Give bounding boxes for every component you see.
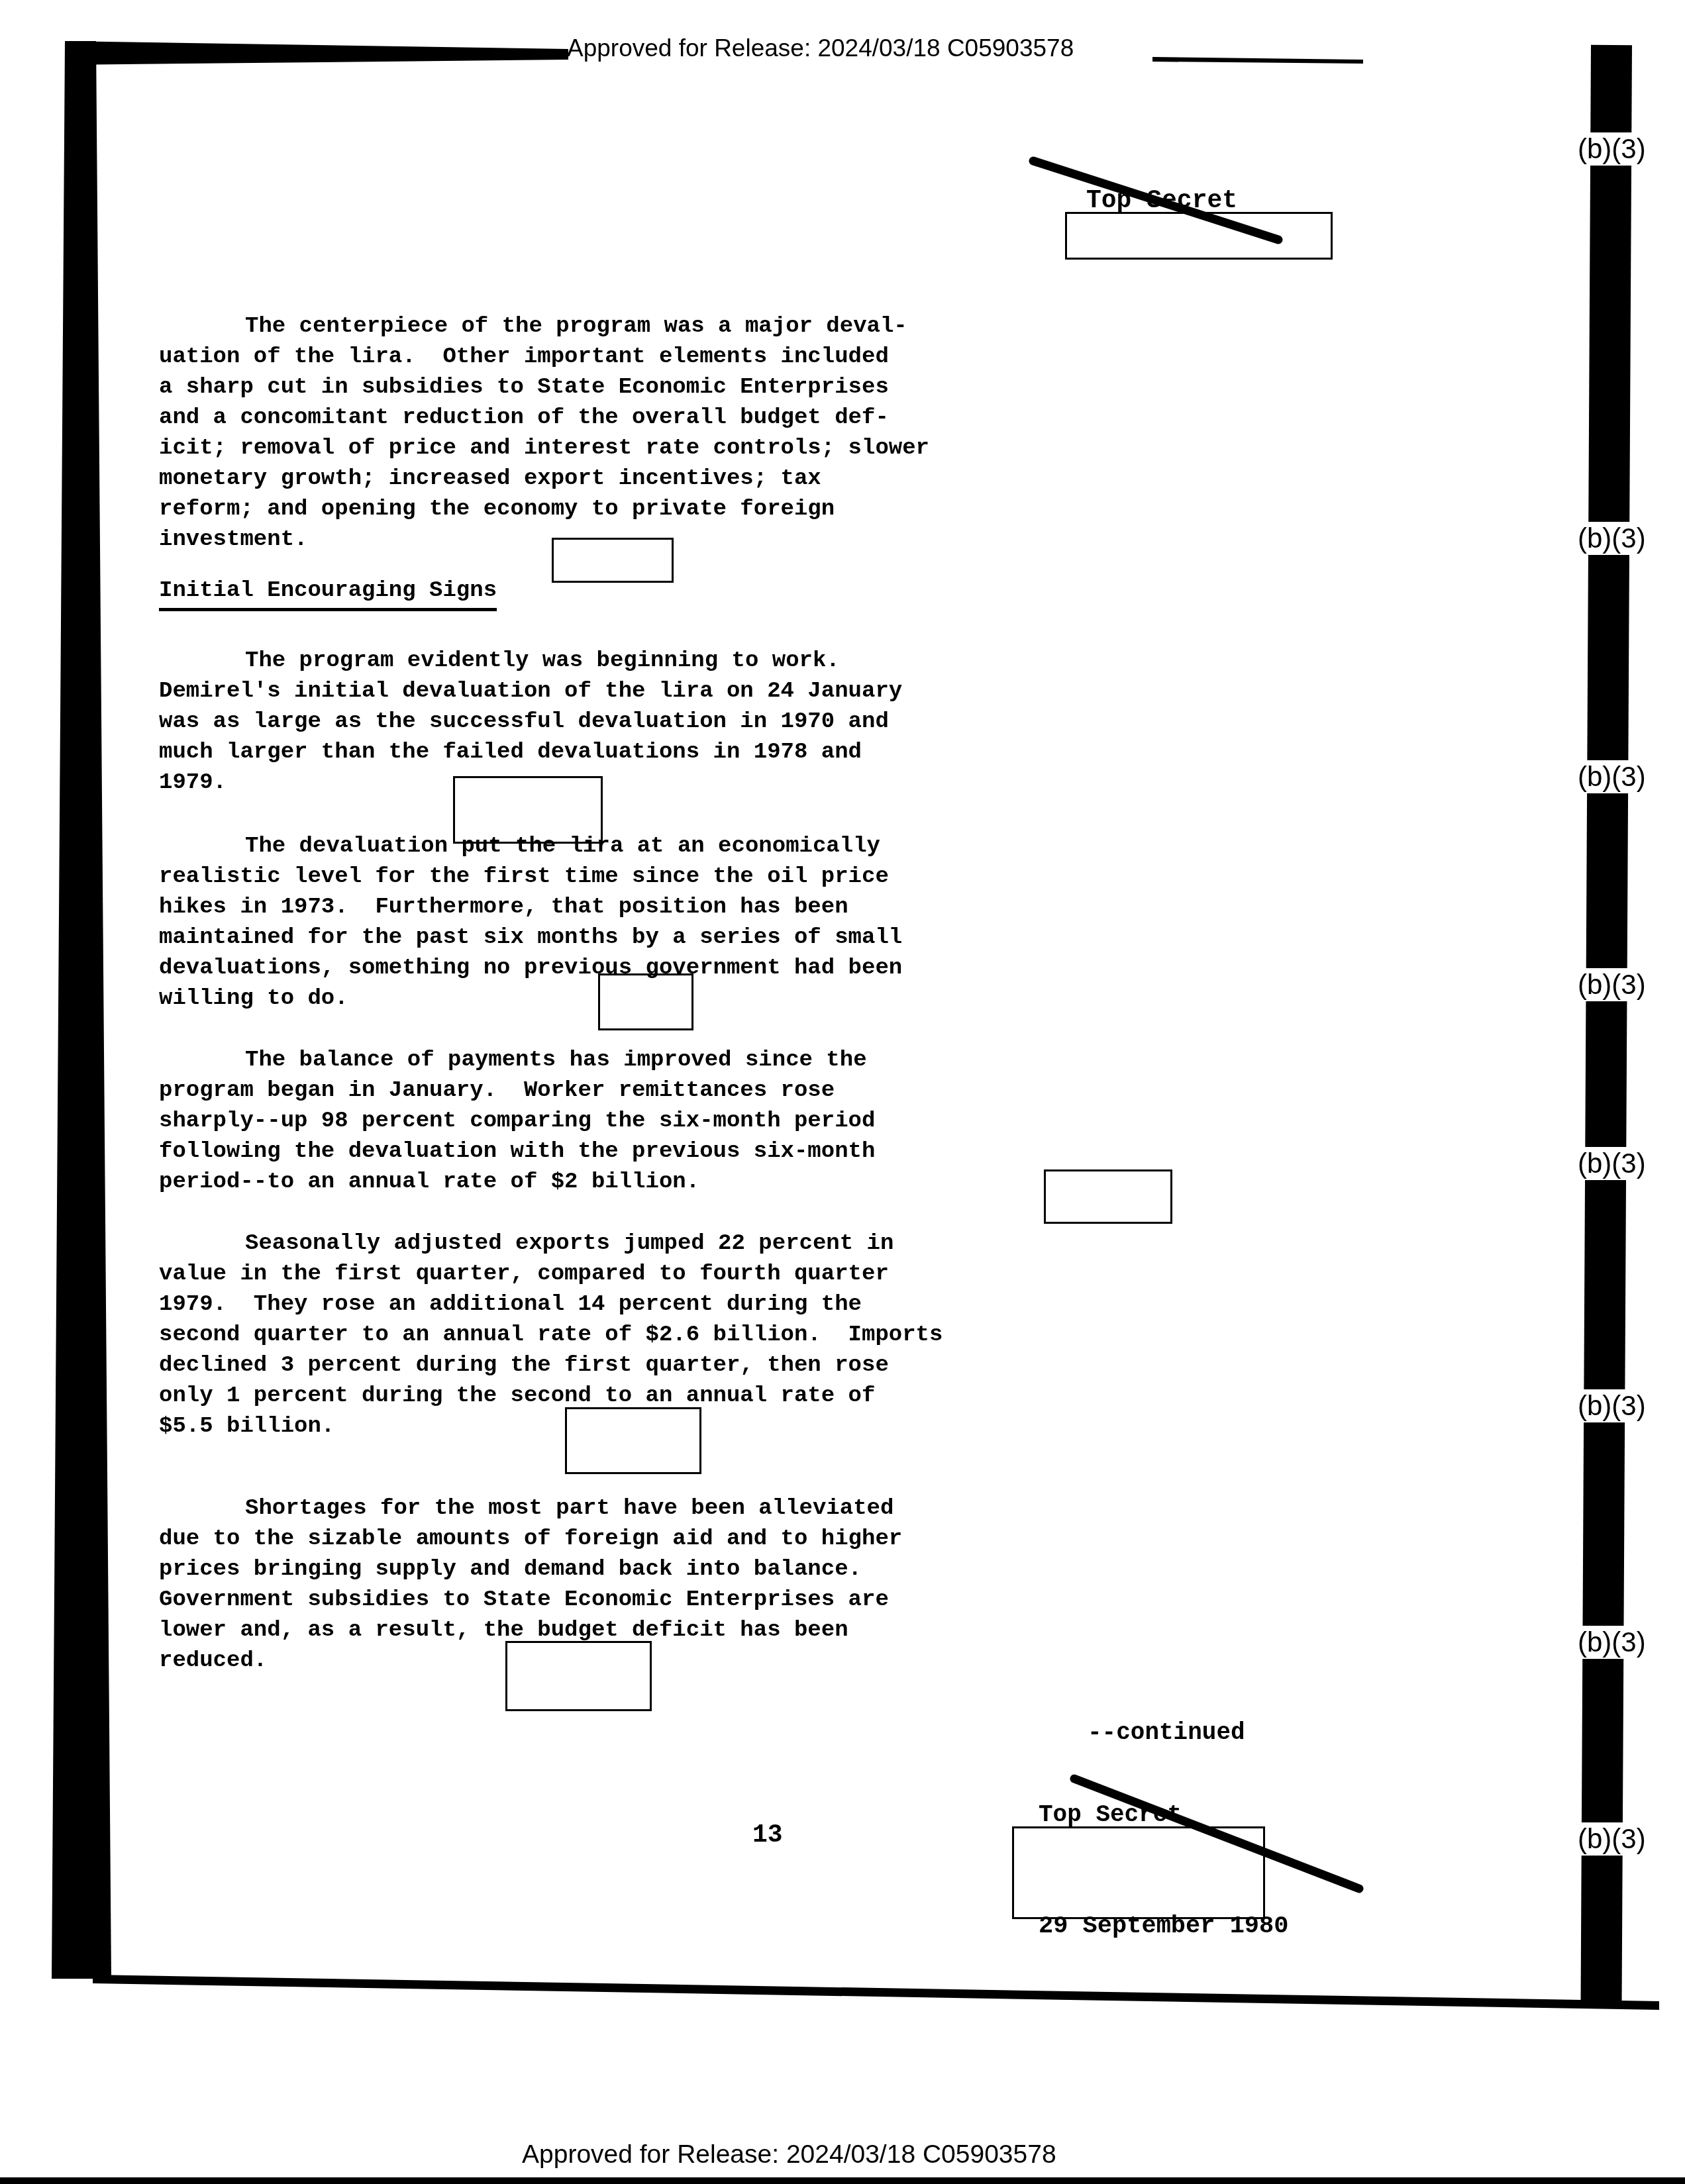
classification-top-secret-bottom: Top Secret (1039, 1801, 1182, 1828)
exemption-code-label: (b)(3) (1578, 132, 1681, 166)
release-stamp-bottom: Approved for Release: 2024/03/18 C059035… (522, 2140, 1056, 2169)
section-heading: Initial Encouraging Signs (159, 577, 497, 611)
exemption-code-label: (b)(3) (1578, 1626, 1681, 1659)
exemption-code-label: (b)(3) (1578, 760, 1681, 793)
redaction-box (1044, 1169, 1172, 1224)
redaction-box (565, 1407, 701, 1474)
paragraph-4: The balance of payments has improved sin… (159, 1045, 1457, 1197)
header-underscore-line (1152, 57, 1363, 64)
exemption-code-label: (b)(3) (1578, 1389, 1681, 1422)
exemption-code-label: (b)(3) (1578, 968, 1681, 1001)
classification-stamp-box-bottom (1012, 1826, 1265, 1919)
paragraph-6: Shortages for the most part have been al… (159, 1493, 1457, 1676)
paragraph-5: Seasonally adjusted exports jumped 22 pe… (159, 1228, 1457, 1442)
exemption-code-label: (b)(3) (1578, 1822, 1681, 1856)
scan-border-right-bar (1580, 45, 1632, 2009)
exemption-code-label: (b)(3) (1578, 522, 1681, 555)
classification-top-secret-top: Top Secret (1086, 187, 1237, 215)
paragraph-1: The centerpiece of the program was a maj… (159, 311, 1457, 555)
redaction-box (598, 973, 693, 1030)
redaction-box (453, 776, 603, 844)
exemption-code-label: (b)(3) (1578, 1147, 1681, 1180)
scan-border-left (52, 41, 111, 1979)
document-page: Approved for Release: 2024/03/18 C059035… (0, 0, 1685, 2184)
continued-note: --continued (1088, 1719, 1245, 1746)
scan-border-top-left (65, 41, 568, 65)
scan-border-bottom (93, 1975, 1659, 2010)
release-stamp-top: Approved for Release: 2024/03/18 C059035… (567, 34, 1074, 62)
classification-stamp-box-top (1065, 212, 1333, 260)
scan-edge-bottom (0, 2177, 1685, 2184)
page-number: 13 (752, 1821, 783, 1850)
redaction-box (505, 1641, 652, 1711)
redaction-box (552, 538, 674, 583)
paragraph-3: The devaluation put the lira at an econo… (159, 831, 1457, 1014)
paragraph-2: The program evidently was beginning to w… (159, 646, 1457, 798)
